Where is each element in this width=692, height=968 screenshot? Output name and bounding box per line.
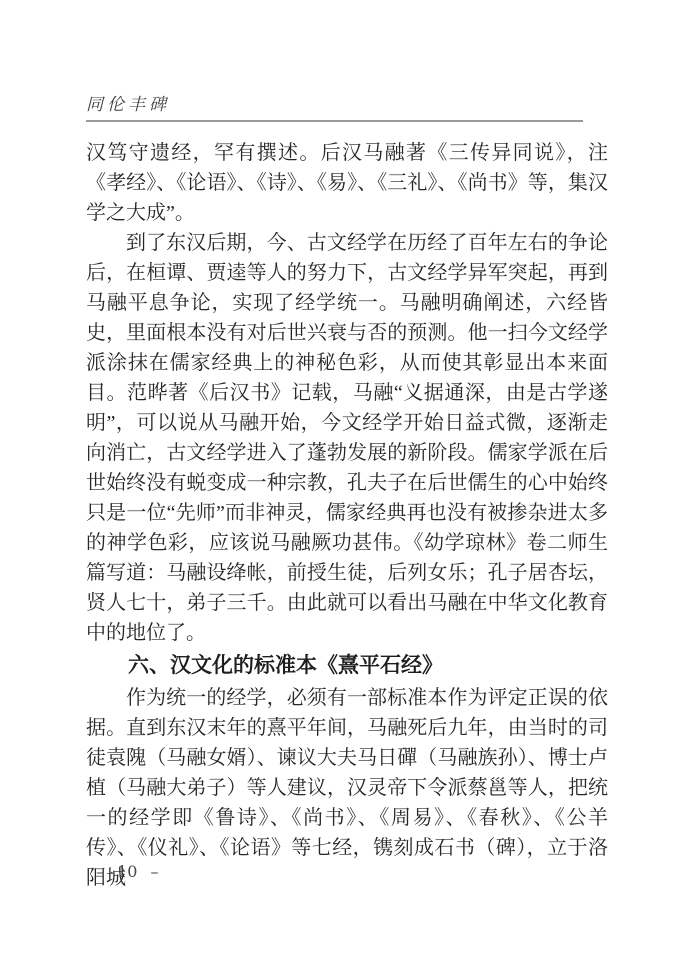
paragraph: 作为统一的经学，必须有一部标准本作为评定正误的依据。直到东汉末年的熹平年间，马融… <box>86 683 608 893</box>
paragraph: 到了东汉后期，今、古文经学在历经了百年左右的争论后，在桓谭、贾逵等人的努力下，古… <box>86 228 608 648</box>
page-number: – 10 – <box>96 862 159 881</box>
page-body: 汉笃守遗经，罕有撰述。后汉马融著《三传异同说》，注《孝经》、《论语》、《诗》、《… <box>86 138 608 893</box>
header-rule <box>86 120 583 122</box>
page-footer: – 10 – <box>96 862 159 881</box>
section-heading: 六、汉文化的标准本《熹平石经》 <box>86 653 608 679</box>
page-header: 同伦丰碑 <box>86 90 586 122</box>
book-page: 同伦丰碑 汉笃守遗经，罕有撰述。后汉马融著《三传异同说》，注《孝经》、《论语》、… <box>0 0 692 968</box>
running-title: 同伦丰碑 <box>86 90 170 115</box>
paragraph-continuation: 汉笃守遗经，罕有撰述。后汉马融著《三传异同说》，注《孝经》、《论语》、《诗》、《… <box>86 138 608 228</box>
